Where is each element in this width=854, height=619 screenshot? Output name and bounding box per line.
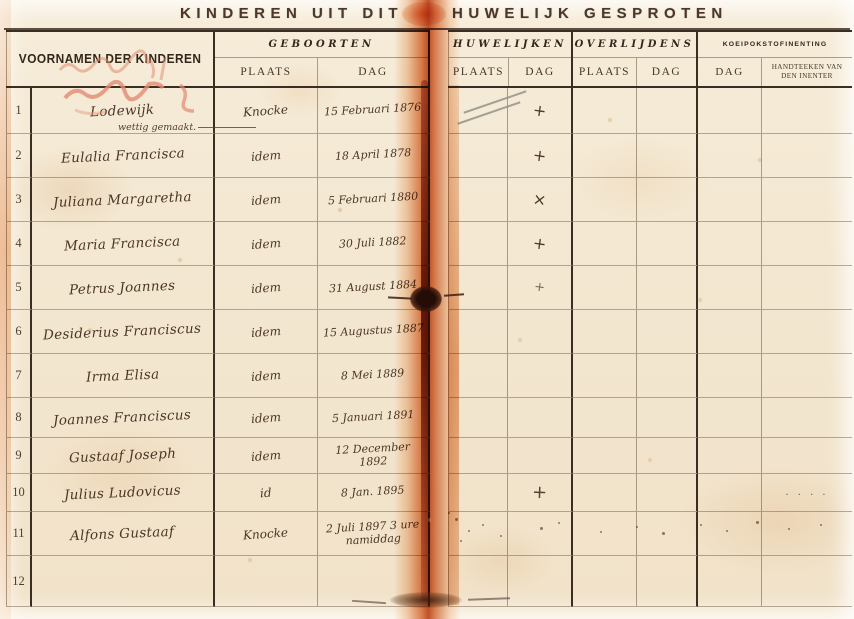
child-name: Lodewijk — [90, 101, 155, 120]
marriage-date-cell — [508, 310, 573, 354]
ink-speck — [460, 540, 462, 542]
death-place-cell — [573, 178, 637, 222]
column-header-death-place: PLAATS — [573, 58, 637, 86]
table-row — [448, 556, 852, 607]
child-name: Julius Ludovicus — [64, 482, 182, 503]
name-cell: Eulalia Francisca — [32, 134, 215, 178]
vaccination-date-cell — [698, 438, 762, 474]
ink-blot — [410, 286, 442, 312]
ink-speck — [468, 530, 470, 532]
child-name: Eulalia Francisca — [60, 145, 185, 166]
page-title-right: HUWELIJK GESPROTEN — [452, 5, 728, 22]
right-page-header: HUWELIJKEN PLAATS DAG OVERLIJDENS PLAATS… — [448, 30, 852, 88]
marriage-date-cell — [508, 512, 573, 556]
table-row — [448, 512, 852, 556]
marriage-cross-mark: + — [532, 482, 548, 504]
birth-place-cell: idem — [215, 354, 318, 398]
ink-speck — [540, 527, 543, 530]
column-header-birth-place: PLAATS — [215, 58, 318, 86]
right-page: HUWELIJKEN PLAATS DAG OVERLIJDENS PLAATS… — [448, 30, 852, 607]
birth-place-cell: idem — [215, 222, 318, 266]
vaccinator-sign-cell — [762, 88, 852, 134]
birth-date: 2 Juli 1897 3 ure namiddag — [317, 517, 428, 550]
table-row: 3Juliana Margarethaidem5 Februari 1880 — [6, 178, 430, 222]
birth-date: 30 Juli 1882 — [337, 234, 409, 252]
marriage-date-cell — [508, 556, 573, 607]
column-group-births: GEBOORTEN PLAATS DAG — [215, 32, 430, 86]
column-header-death-day: DAG — [637, 58, 696, 86]
column-group-vaccination-label: KOEIPOKSTOFINENTING — [698, 32, 852, 58]
vaccinator-sign-cell — [762, 354, 852, 398]
child-name: Joannes Franciscus — [53, 406, 192, 428]
ink-speck — [455, 518, 458, 521]
column-header-vaccination-day: DAG — [698, 58, 762, 86]
death-date-cell — [637, 310, 698, 354]
vaccinator-sign-cell — [762, 398, 852, 438]
birth-date-cell: 5 Januari 1891 — [318, 398, 430, 438]
death-place-cell — [573, 556, 637, 607]
birth-date: 5 Februari 1880 — [326, 190, 421, 210]
death-date-cell — [637, 222, 698, 266]
birth-date-cell: 8 Jan. 1895 — [318, 474, 430, 512]
birth-date: 8 Mei 1889 — [339, 366, 407, 384]
table-row: 7Irma Elisaidem8 Mei 1889 — [6, 354, 430, 398]
birth-date: 31 August 1884 — [327, 278, 420, 297]
table-row: + — [448, 88, 852, 134]
birth-date: 5 Januari 1891 — [329, 408, 416, 427]
death-date-cell — [637, 134, 698, 178]
birth-place: Knocke — [243, 525, 289, 542]
bottom-smudge — [390, 592, 462, 608]
vaccination-date-cell — [698, 398, 762, 438]
ink-speck — [756, 521, 759, 524]
table-row: 6Desiderius Franciscusidem15 Augustus 18… — [6, 310, 430, 354]
column-group-vaccination: KOEIPOKSTOFINENTING DAG HANDTEEKEN VAN D… — [698, 32, 852, 86]
child-name: Alfons Gustaaf — [70, 523, 175, 544]
birth-date-cell: 8 Mei 1889 — [318, 354, 430, 398]
name-cell: Julius Ludovicus — [32, 474, 215, 512]
column-header-vaccinator-signature: HANDTEEKEN VAN DEN INENTER — [762, 58, 852, 86]
marriage-cross-mark: + — [532, 233, 548, 254]
table-row: 4Maria Franciscaidem30 Juli 1882 — [6, 222, 430, 266]
child-name: Irma Elisa — [85, 366, 159, 385]
column-group-marriages-label: HUWELIJKEN — [449, 32, 571, 58]
table-row: 12 — [6, 556, 430, 607]
column-header-birth-day: DAG — [318, 58, 428, 86]
vaccinator-sign-cell — [762, 438, 852, 474]
vaccination-date-cell — [698, 556, 762, 607]
marriage-date-cell — [508, 354, 573, 398]
table-row: 9Gustaaf Josephidem12 December 1892 — [6, 438, 430, 474]
table-row: + — [448, 222, 852, 266]
vaccination-date-cell — [698, 474, 762, 512]
birth-date: 15 Februari 1876 — [322, 101, 424, 121]
death-date-cell — [637, 474, 698, 512]
death-date-cell — [637, 438, 698, 474]
table-row: + — [448, 134, 852, 178]
birth-place-cell — [215, 556, 318, 607]
name-cell: Juliana Margaretha — [32, 178, 215, 222]
ink-speck — [482, 524, 484, 526]
vaccinator-sign-cell — [762, 556, 852, 607]
birth-date: 18 April 1878 — [333, 146, 414, 165]
birth-place-cell: idem — [215, 310, 318, 354]
birth-date: 8 Jan. 1895 — [339, 483, 407, 501]
death-date-cell — [637, 398, 698, 438]
name-cell: Gustaaf Joseph — [32, 438, 215, 474]
vaccinator-sign-cell — [762, 310, 852, 354]
right-page-body: ++×+++. . . . — [448, 88, 852, 607]
death-place-cell — [573, 266, 637, 310]
child-name: Juliana Margaretha — [53, 188, 192, 210]
birth-date-cell: 2 Juli 1897 3 ure namiddag — [318, 512, 430, 556]
name-cell: Desiderius Franciscus — [32, 310, 215, 354]
table-row: 10Julius Ludovicusid8 Jan. 1895 — [6, 474, 430, 512]
death-place-cell — [573, 512, 637, 556]
left-edge-stain — [0, 0, 11, 619]
death-place-cell — [573, 88, 637, 134]
marriage-date-cell — [508, 398, 573, 438]
marriage-date-cell: + — [508, 222, 573, 266]
vaccination-date-cell — [698, 222, 762, 266]
column-group-deaths-label: OVERLIJDENS — [573, 32, 696, 58]
page-title-left: KINDEREN UIT DIT — [180, 5, 403, 22]
death-place-cell — [573, 222, 637, 266]
death-date-cell — [637, 512, 698, 556]
vaccination-date-cell — [698, 310, 762, 354]
birth-date-cell: 12 December 1892 — [318, 438, 430, 474]
ink-speck — [788, 528, 790, 530]
marriage-cross-mark: + — [532, 100, 548, 121]
death-date-cell — [637, 88, 698, 134]
table-row: + — [448, 266, 852, 310]
birth-place: idem — [251, 447, 282, 463]
birth-place-cell: idem — [215, 266, 318, 310]
marriage-date-cell: × — [508, 178, 573, 222]
column-header-names: VOORNAMEN DER KINDEREN — [6, 32, 215, 86]
birth-place: idem — [251, 235, 282, 251]
vaccination-date-cell — [698, 134, 762, 178]
ink-speck — [500, 535, 502, 537]
name-cell: Petrus Joannes — [32, 266, 215, 310]
ink-speck — [636, 526, 638, 528]
right-page-edge-stain — [448, 85, 459, 605]
birth-date — [371, 580, 375, 582]
birth-date: 12 December 1892 — [317, 439, 428, 472]
marriage-cross-mark: + — [533, 279, 546, 295]
vaccinator-sign-cell — [762, 222, 852, 266]
table-row: × — [448, 178, 852, 222]
register-scan: KINDEREN UIT DIT HUWELIJK GESPROTEN VOOR… — [0, 0, 854, 619]
legitimation-note: wettig gemaakt. — [118, 122, 256, 133]
column-group-deaths: OVERLIJDENS PLAATS DAG — [573, 32, 698, 86]
death-place-cell — [573, 398, 637, 438]
legitimation-note-text: wettig gemaakt. — [118, 122, 196, 133]
marriage-date-cell — [508, 438, 573, 474]
vaccinator-sign-cell: . . . . — [762, 474, 852, 512]
name-cell: Lodewijkwettig gemaakt. — [32, 88, 215, 134]
table-row: 1Lodewijkwettig gemaakt.Knocke15 Februar… — [6, 88, 430, 134]
birth-place: idem — [251, 367, 282, 383]
vaccinator-sign-cell — [762, 266, 852, 310]
vaccination-date-cell — [698, 178, 762, 222]
birth-date: 15 Augustus 1887 — [320, 321, 426, 341]
death-place-cell — [573, 438, 637, 474]
marriage-date-cell: + — [508, 474, 573, 512]
birth-place: idem — [251, 279, 282, 295]
left-page-header: VOORNAMEN DER KINDEREN GEBOORTEN PLAATS … — [6, 30, 430, 88]
death-place-cell — [573, 134, 637, 178]
table-row: 2Eulalia Franciscaidem18 April 1878 — [6, 134, 430, 178]
ink-speck — [700, 524, 702, 526]
ink-speck — [558, 522, 560, 524]
marriage-cross-mark: + — [532, 145, 548, 166]
name-cell: Alfons Gustaaf — [32, 512, 215, 556]
left-page: VOORNAMEN DER KINDEREN GEBOORTEN PLAATS … — [6, 30, 430, 607]
child-name: Gustaaf Joseph — [69, 445, 177, 466]
birth-place: idem — [251, 147, 282, 163]
left-page-body: 1Lodewijkwettig gemaakt.Knocke15 Februar… — [6, 88, 430, 607]
column-header-marriage-day: DAG — [509, 58, 571, 86]
ink-speck — [600, 531, 602, 533]
ink-speck — [662, 532, 665, 535]
marriage-date-cell: + — [508, 266, 573, 310]
table-row: +. . . . — [448, 474, 852, 512]
birth-place: id — [260, 485, 272, 500]
birth-place-cell: idem — [215, 178, 318, 222]
name-cell — [32, 556, 215, 607]
marriage-date-cell: + — [508, 134, 573, 178]
ink-speck — [448, 512, 450, 514]
death-place-cell — [573, 310, 637, 354]
child-name: Maria Francisca — [64, 233, 181, 254]
fold-top-stain — [402, 2, 446, 26]
birth-place-cell: idem — [215, 438, 318, 474]
name-cell: Joannes Franciscus — [32, 398, 215, 438]
vaccinator-sign-cell — [762, 512, 852, 556]
death-date-cell — [637, 354, 698, 398]
marriage-cross-mark: × — [532, 189, 548, 210]
column-group-births-label: GEBOORTEN — [215, 32, 428, 58]
birth-place: idem — [251, 409, 282, 425]
death-date-cell — [637, 266, 698, 310]
vaccination-date-cell — [698, 512, 762, 556]
vaccination-date-cell — [698, 88, 762, 134]
table-row — [448, 398, 852, 438]
name-cell: Maria Francisca — [32, 222, 215, 266]
birth-place-cell: Knocke — [215, 512, 318, 556]
table-row: 11Alfons GustaafKnocke2 Juli 1897 3 ure … — [6, 512, 430, 556]
ink-speck — [726, 530, 728, 532]
birth-date-cell: 15 Februari 1876 — [318, 88, 430, 134]
vaccination-date-cell — [698, 354, 762, 398]
birth-date-cell: 5 Februari 1880 — [318, 178, 430, 222]
faded-ink-dots: . . . . — [785, 487, 828, 498]
column-header-names-label: VOORNAMEN DER KINDEREN — [19, 52, 202, 66]
column-header-marriage-place: PLAATS — [449, 58, 509, 86]
birth-place-cell: id — [215, 474, 318, 512]
death-place-cell — [573, 474, 637, 512]
column-group-marriages: HUWELIJKEN PLAATS DAG — [448, 32, 573, 86]
table-row: 8Joannes Franciscusidem5 Januari 1891 — [6, 398, 430, 438]
death-date-cell — [637, 556, 698, 607]
name-cell: Irma Elisa — [32, 354, 215, 398]
table-row — [448, 354, 852, 398]
birth-place: idem — [251, 323, 282, 339]
child-name: Petrus Joannes — [69, 277, 176, 298]
birth-place-cell: idem — [215, 134, 318, 178]
ink-speck — [820, 524, 822, 526]
birth-date-cell: 30 Juli 1882 — [318, 222, 430, 266]
table-row — [448, 438, 852, 474]
child-name: Desiderius Franciscus — [43, 320, 202, 343]
birth-place: Knocke — [243, 102, 289, 119]
death-date-cell — [637, 178, 698, 222]
table-row: 5Petrus Joannesidem31 August 1884 — [6, 266, 430, 310]
birth-place: idem — [251, 191, 282, 207]
vaccinator-sign-cell — [762, 178, 852, 222]
scratch-line — [198, 127, 256, 128]
death-place-cell — [573, 354, 637, 398]
vaccinator-sign-cell — [762, 134, 852, 178]
table-row — [448, 310, 852, 354]
birth-place-cell: idem — [215, 398, 318, 438]
birth-date-cell: 15 Augustus 1887 — [318, 310, 430, 354]
vaccination-date-cell — [698, 266, 762, 310]
birth-date-cell: 18 April 1878 — [318, 134, 430, 178]
